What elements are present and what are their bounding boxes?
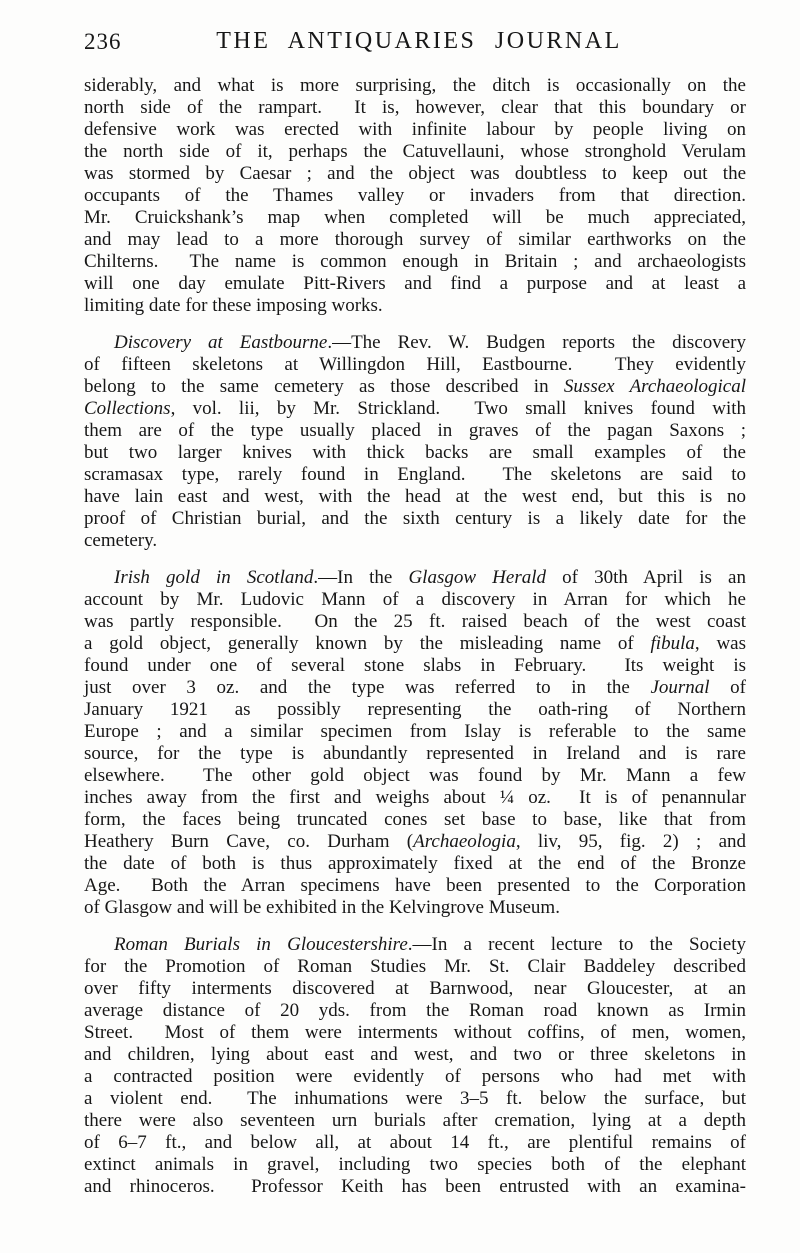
body-text: extinct animals in gravel, including two… xyxy=(84,1154,746,1175)
body-text: , was xyxy=(695,633,746,654)
body-text: form, the faces being truncated cones se… xyxy=(84,809,746,830)
body-text: over fifty interments discovered at Barn… xyxy=(84,978,746,999)
text-line: Chilterns. The name is common enough in … xyxy=(84,251,746,273)
text-line: just over 3 oz. and the type was referre… xyxy=(84,677,746,699)
body-text: Heathery Burn Cave, co. Durham ( xyxy=(84,831,413,852)
body-text: scramasax type, rarely found in England.… xyxy=(84,464,746,485)
text-line: belong to the same cemetery as those des… xyxy=(84,376,746,398)
italic-text: Journal xyxy=(650,677,709,698)
text-line: and children, lying about east and west,… xyxy=(84,1044,746,1066)
body-text: .—In the xyxy=(313,567,408,588)
text-line: for the Promotion of Roman Studies Mr. S… xyxy=(84,956,746,978)
body-text: them are of the type usually placed in g… xyxy=(84,420,746,441)
text-line: of fifteen skeletons at Willingdon Hill,… xyxy=(84,354,746,376)
italic-text: Roman Burials in Gloucestershire xyxy=(114,934,408,955)
body-text: siderably, and what is more surprising, … xyxy=(84,75,746,96)
page-header: 236 THE ANTIQUARIES JOURNAL xyxy=(0,28,800,54)
text-line: but two larger knives with thick backs a… xyxy=(84,442,746,464)
text-line: extinct animals in gravel, including two… xyxy=(84,1154,746,1176)
text-line: and may lead to a more thorough survey o… xyxy=(84,229,746,251)
text-line: Roman Burials in Gloucestershire.—In a r… xyxy=(84,934,746,956)
body-text: of xyxy=(710,677,746,698)
body-text: found under one of several stone slabs i… xyxy=(84,655,746,676)
paragraph: Discovery at Eastbourne.—The Rev. W. Bud… xyxy=(84,332,746,552)
body-text: occupants of the Thames valley or invade… xyxy=(84,185,746,206)
text-line: proof of Christian burial, and the sixth… xyxy=(84,508,746,530)
text-line: Mr. Cruickshank’s map when completed wil… xyxy=(84,207,746,229)
body-text: and children, lying about east and west,… xyxy=(84,1044,746,1065)
text-line: source, for the type is abundantly repre… xyxy=(84,743,746,765)
body-text: of 6–7 ft., and below all, at about 14 f… xyxy=(84,1132,746,1153)
text-line: account by Mr. Ludovic Mann of a discove… xyxy=(84,589,746,611)
body-text: of fifteen skeletons at Willingdon Hill,… xyxy=(84,354,746,375)
body-text: , liv, 95, fig. 2) ; and xyxy=(516,831,746,852)
italic-text: Archaeologia xyxy=(413,831,516,852)
text-line: found under one of several stone slabs i… xyxy=(84,655,746,677)
body-text: source, for the type is abundantly repre… xyxy=(84,743,746,764)
body-text: cemetery. xyxy=(84,530,157,551)
paragraph: Roman Burials in Gloucestershire.—In a r… xyxy=(84,934,746,1198)
body-text: was stormed by Caesar ; and the object w… xyxy=(84,163,746,184)
italic-text: Sussex Archaeological xyxy=(564,376,746,397)
paragraph: siderably, and what is more surprising, … xyxy=(84,75,746,317)
body-text: account by Mr. Ludovic Mann of a discove… xyxy=(84,589,746,610)
italic-text: Collections xyxy=(84,398,171,419)
body-text: Street. Most of them were interments wit… xyxy=(84,1022,746,1043)
text-line: of 6–7 ft., and below all, at about 14 f… xyxy=(84,1132,746,1154)
text-line: have lain east and west, with the head a… xyxy=(84,486,746,508)
body-text: belong to the same cemetery as those des… xyxy=(84,376,564,397)
text-line: a gold object, generally known by the mi… xyxy=(84,633,746,655)
body-text: have lain east and west, with the head a… xyxy=(84,486,746,507)
text-line: Heathery Burn Cave, co. Durham (Archaeol… xyxy=(84,831,746,853)
body-text: a gold object, generally known by the mi… xyxy=(84,633,651,654)
text-line: average distance of 20 yds. from the Rom… xyxy=(84,1000,746,1022)
text-line: Europe ; and a similar specimen from Isl… xyxy=(84,721,746,743)
body-text: limiting date for these imposing works. xyxy=(84,295,383,316)
text-line: cemetery. xyxy=(84,530,746,552)
text-line: there were also seventeen urn burials af… xyxy=(84,1110,746,1132)
body-text: January 1921 as possibly representing th… xyxy=(84,699,746,720)
paragraph: Irish gold in Scotland.—In the Glasgow H… xyxy=(84,567,746,919)
text-line: siderably, and what is more surprising, … xyxy=(84,75,746,97)
body-text: average distance of 20 yds. from the Rom… xyxy=(84,1000,746,1021)
text-line: defensive work was erected with infinite… xyxy=(84,119,746,141)
text-line: was stormed by Caesar ; and the object w… xyxy=(84,163,746,185)
body-text: a violent end. The inhumations were 3–5 … xyxy=(84,1088,746,1109)
text-line: will one day emulate Pitt-Rivers and fin… xyxy=(84,273,746,295)
body-text: will one day emulate Pitt-Rivers and fin… xyxy=(84,273,746,294)
body-text: a contracted position were evidently of … xyxy=(84,1066,746,1087)
body-text: the date of both is thus approximately f… xyxy=(84,853,746,874)
text-line: inches away from the first and weighs ab… xyxy=(84,787,746,809)
text-line: Street. Most of them were interments wit… xyxy=(84,1022,746,1044)
body-text: and may lead to a more thorough survey o… xyxy=(84,229,746,250)
body-text: of Glasgow and will be exhibited in the … xyxy=(84,897,560,918)
body-text: Chilterns. The name is common enough in … xyxy=(84,251,746,272)
text-line: elsewhere. The other gold object was fou… xyxy=(84,765,746,787)
body-text: north side of the rampart. It is, howeve… xyxy=(84,97,746,118)
body-text: but two larger knives with thick backs a… xyxy=(84,442,746,463)
body-text: the north side of it, perhaps the Catuve… xyxy=(84,141,746,162)
body-text: .—In a recent lecture to the Society xyxy=(408,934,746,955)
text-line: a contracted position were evidently of … xyxy=(84,1066,746,1088)
body-text: defensive work was erected with infinite… xyxy=(84,119,746,140)
journal-page: 236 THE ANTIQUARIES JOURNAL siderably, a… xyxy=(0,0,800,1253)
text-line: limiting date for these imposing works. xyxy=(84,295,746,317)
text-line: Irish gold in Scotland.—In the Glasgow H… xyxy=(84,567,746,589)
body-text: and rhinoceros. Professor Keith has been… xyxy=(84,1176,746,1197)
text-line: the date of both is thus approximately f… xyxy=(84,853,746,875)
article-body: siderably, and what is more surprising, … xyxy=(84,75,746,1198)
body-text: inches away from the first and weighs ab… xyxy=(84,787,746,808)
text-line: north side of the rampart. It is, howeve… xyxy=(84,97,746,119)
text-line: scramasax type, rarely found in England.… xyxy=(84,464,746,486)
text-line: the north side of it, perhaps the Catuve… xyxy=(84,141,746,163)
text-line: occupants of the Thames valley or invade… xyxy=(84,185,746,207)
italic-text: Discovery at Eastbourne xyxy=(114,332,327,353)
text-line: of Glasgow and will be exhibited in the … xyxy=(84,897,746,919)
body-text: for the Promotion of Roman Studies Mr. S… xyxy=(84,956,746,977)
body-text: was partly responsible. On the 25 ft. ra… xyxy=(84,611,746,632)
text-line: January 1921 as possibly representing th… xyxy=(84,699,746,721)
italic-text: Glasgow Herald xyxy=(408,567,546,588)
body-text: Age. Both the Arran specimens have been … xyxy=(84,875,746,896)
body-text: Mr. Cruickshank’s map when completed wil… xyxy=(84,207,746,228)
body-text: just over 3 oz. and the type was referre… xyxy=(84,677,650,698)
body-text: of 30th April is an xyxy=(546,567,746,588)
text-line: a violent end. The inhumations were 3–5 … xyxy=(84,1088,746,1110)
body-text: , vol. lii, by Mr. Strickland. Two small… xyxy=(171,398,746,419)
text-line: form, the faces being truncated cones se… xyxy=(84,809,746,831)
body-text: elsewhere. The other gold object was fou… xyxy=(84,765,746,786)
text-line: Discovery at Eastbourne.—The Rev. W. Bud… xyxy=(84,332,746,354)
text-line: them are of the type usually placed in g… xyxy=(84,420,746,442)
text-line: over fifty interments discovered at Barn… xyxy=(84,978,746,1000)
text-line: Collections, vol. lii, by Mr. Strickland… xyxy=(84,398,746,420)
body-text: .—The Rev. W. Budgen reports the discove… xyxy=(327,332,746,353)
journal-title: THE ANTIQUARIES JOURNAL xyxy=(84,28,754,55)
text-line: and rhinoceros. Professor Keith has been… xyxy=(84,1176,746,1198)
italic-text: fibula xyxy=(651,633,695,654)
text-line: Age. Both the Arran specimens have been … xyxy=(84,875,746,897)
italic-text: Irish gold in Scotland xyxy=(114,567,313,588)
text-line: was partly responsible. On the 25 ft. ra… xyxy=(84,611,746,633)
body-text: proof of Christian burial, and the sixth… xyxy=(84,508,746,529)
body-text: Europe ; and a similar specimen from Isl… xyxy=(84,721,746,742)
body-text: there were also seventeen urn burials af… xyxy=(84,1110,746,1131)
